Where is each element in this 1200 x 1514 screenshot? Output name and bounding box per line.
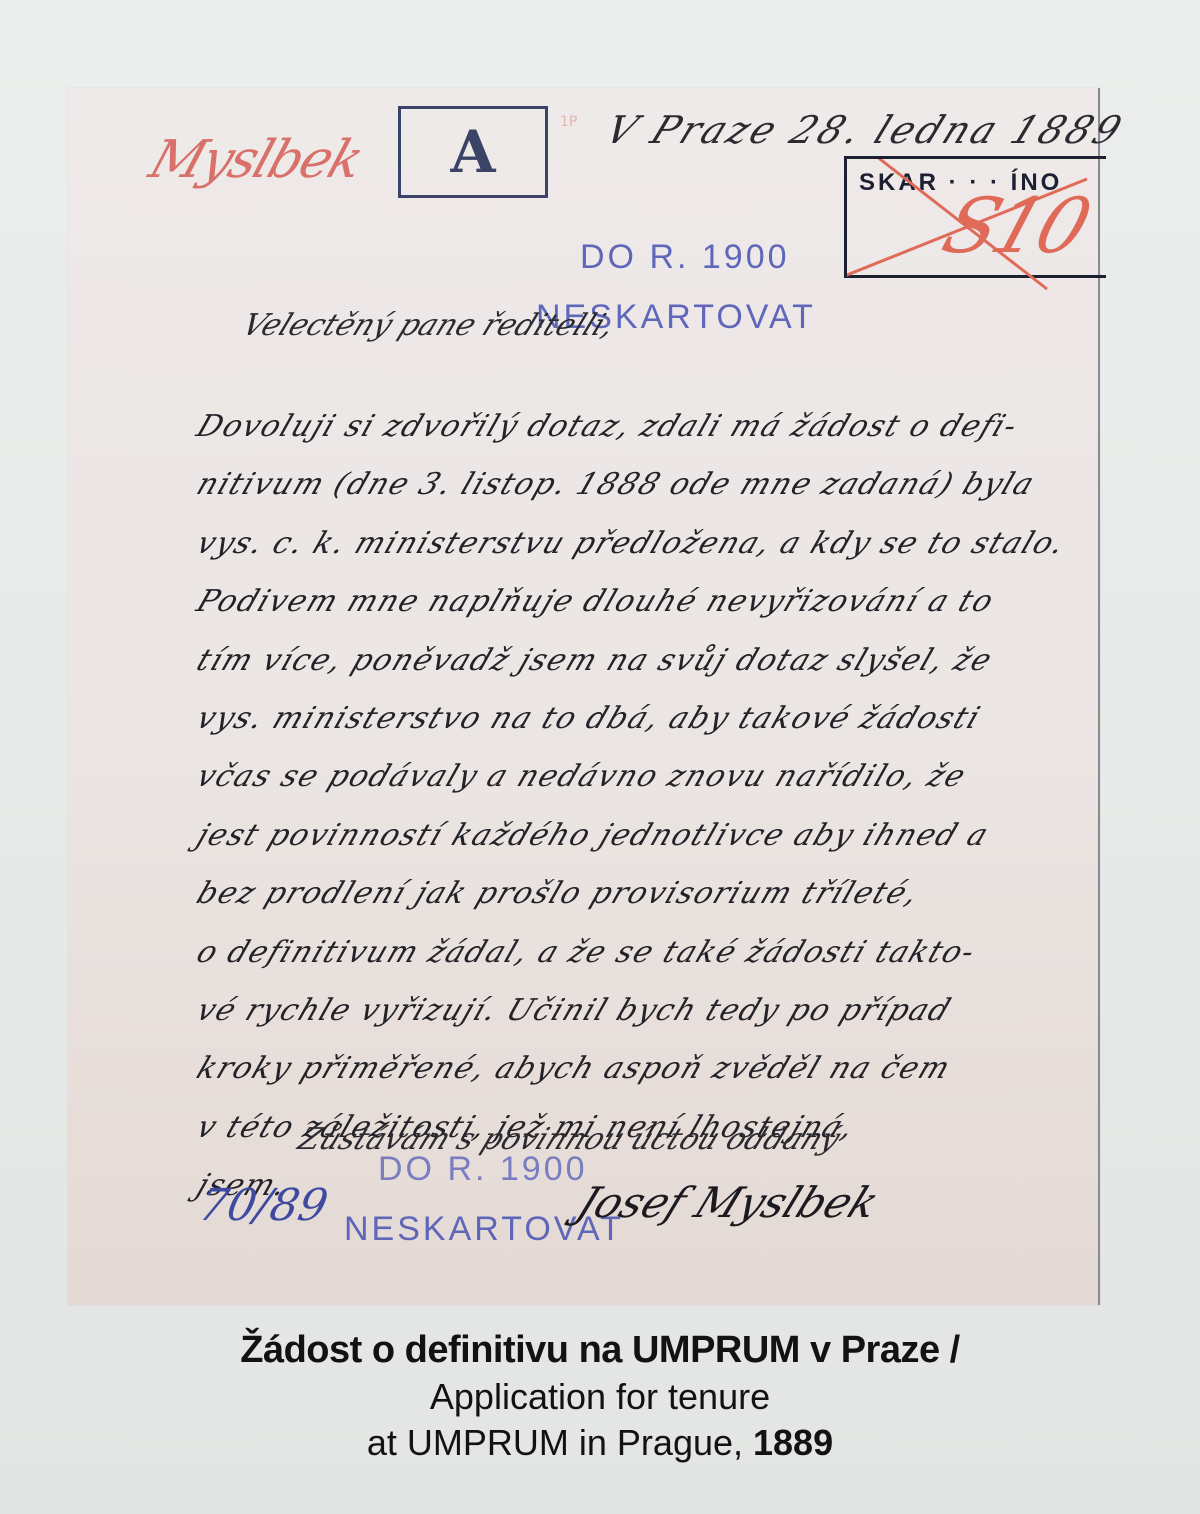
body-line: tím více, poněvadž jsem na svůj dotaz sl… — [187, 632, 1108, 690]
caption-english-text: at UMPRUM in Prague, — [367, 1422, 753, 1463]
body-line: vé rychle vyřizují. Učinil bych tedy po … — [187, 982, 1108, 1040]
date-line: V Praze 28. ledna 1889 — [599, 108, 1131, 152]
body-line: Dovoluji si zdvořilý dotaz, zdali má žád… — [187, 398, 1108, 456]
reference-number: 70/89 — [195, 1180, 333, 1231]
body-line: včas se podávaly a nedávno znovu nařídil… — [187, 748, 1108, 806]
archive-stamp-box: SKAR · · · ÍNO S10 — [844, 156, 1106, 278]
body-line: vys. c. k. ministerstvu předložena, a kd… — [187, 515, 1108, 573]
letter-a: A — [450, 118, 495, 186]
exhibit-caption: Žádost o definitivu na UMPRUM v Praze / … — [0, 1326, 1200, 1466]
body-line: vys. ministerstvo na to dbá, aby takové … — [187, 690, 1108, 748]
margin-name-red-pencil: Myslbek — [142, 130, 369, 190]
caption-czech-title: Žádost o definitivu na UMPRUM v Praze / — [0, 1326, 1200, 1374]
caption-year: 1889 — [753, 1422, 833, 1463]
signature: Josef Myslbek — [570, 1178, 886, 1227]
letter-body: Dovoluji si zdvořilý dotaz, zdali má žád… — [198, 398, 1098, 1215]
salutation: Velectěný pane ředitelli, — [237, 308, 620, 343]
caption-english-line-2: at UMPRUM in Prague, 1889 — [0, 1420, 1200, 1466]
stamp-note: 1P — [560, 114, 577, 130]
stamp-do-r-1900-top: DO R. 1900 — [580, 238, 790, 277]
caption-english-line-1: Application for tenure — [0, 1374, 1200, 1420]
body-line: Podivem mne naplňuje dlouhé nevyřizování… — [187, 573, 1108, 631]
red-cross-out-icon — [847, 159, 1147, 309]
letter-a-stamp: A — [398, 106, 548, 198]
body-line: o definitivum žádal, a že se také žádost… — [187, 924, 1108, 982]
body-line: nitivum (dne 3. listop. 1888 ode mne zad… — [187, 456, 1108, 514]
body-line: jest povinností každého jednotlivce aby … — [187, 807, 1108, 865]
historic-letter: Myslbek A 1P V Praze 28. ledna 1889 SKAR… — [68, 88, 1100, 1305]
body-line: bez prodlení jak prošlo provisorium tříl… — [187, 865, 1108, 923]
body-line: kroky přiměřené, abych aspoň zvěděl na č… — [187, 1040, 1108, 1098]
stamp-do-r-1900-bottom: DO R. 1900 — [378, 1150, 588, 1189]
